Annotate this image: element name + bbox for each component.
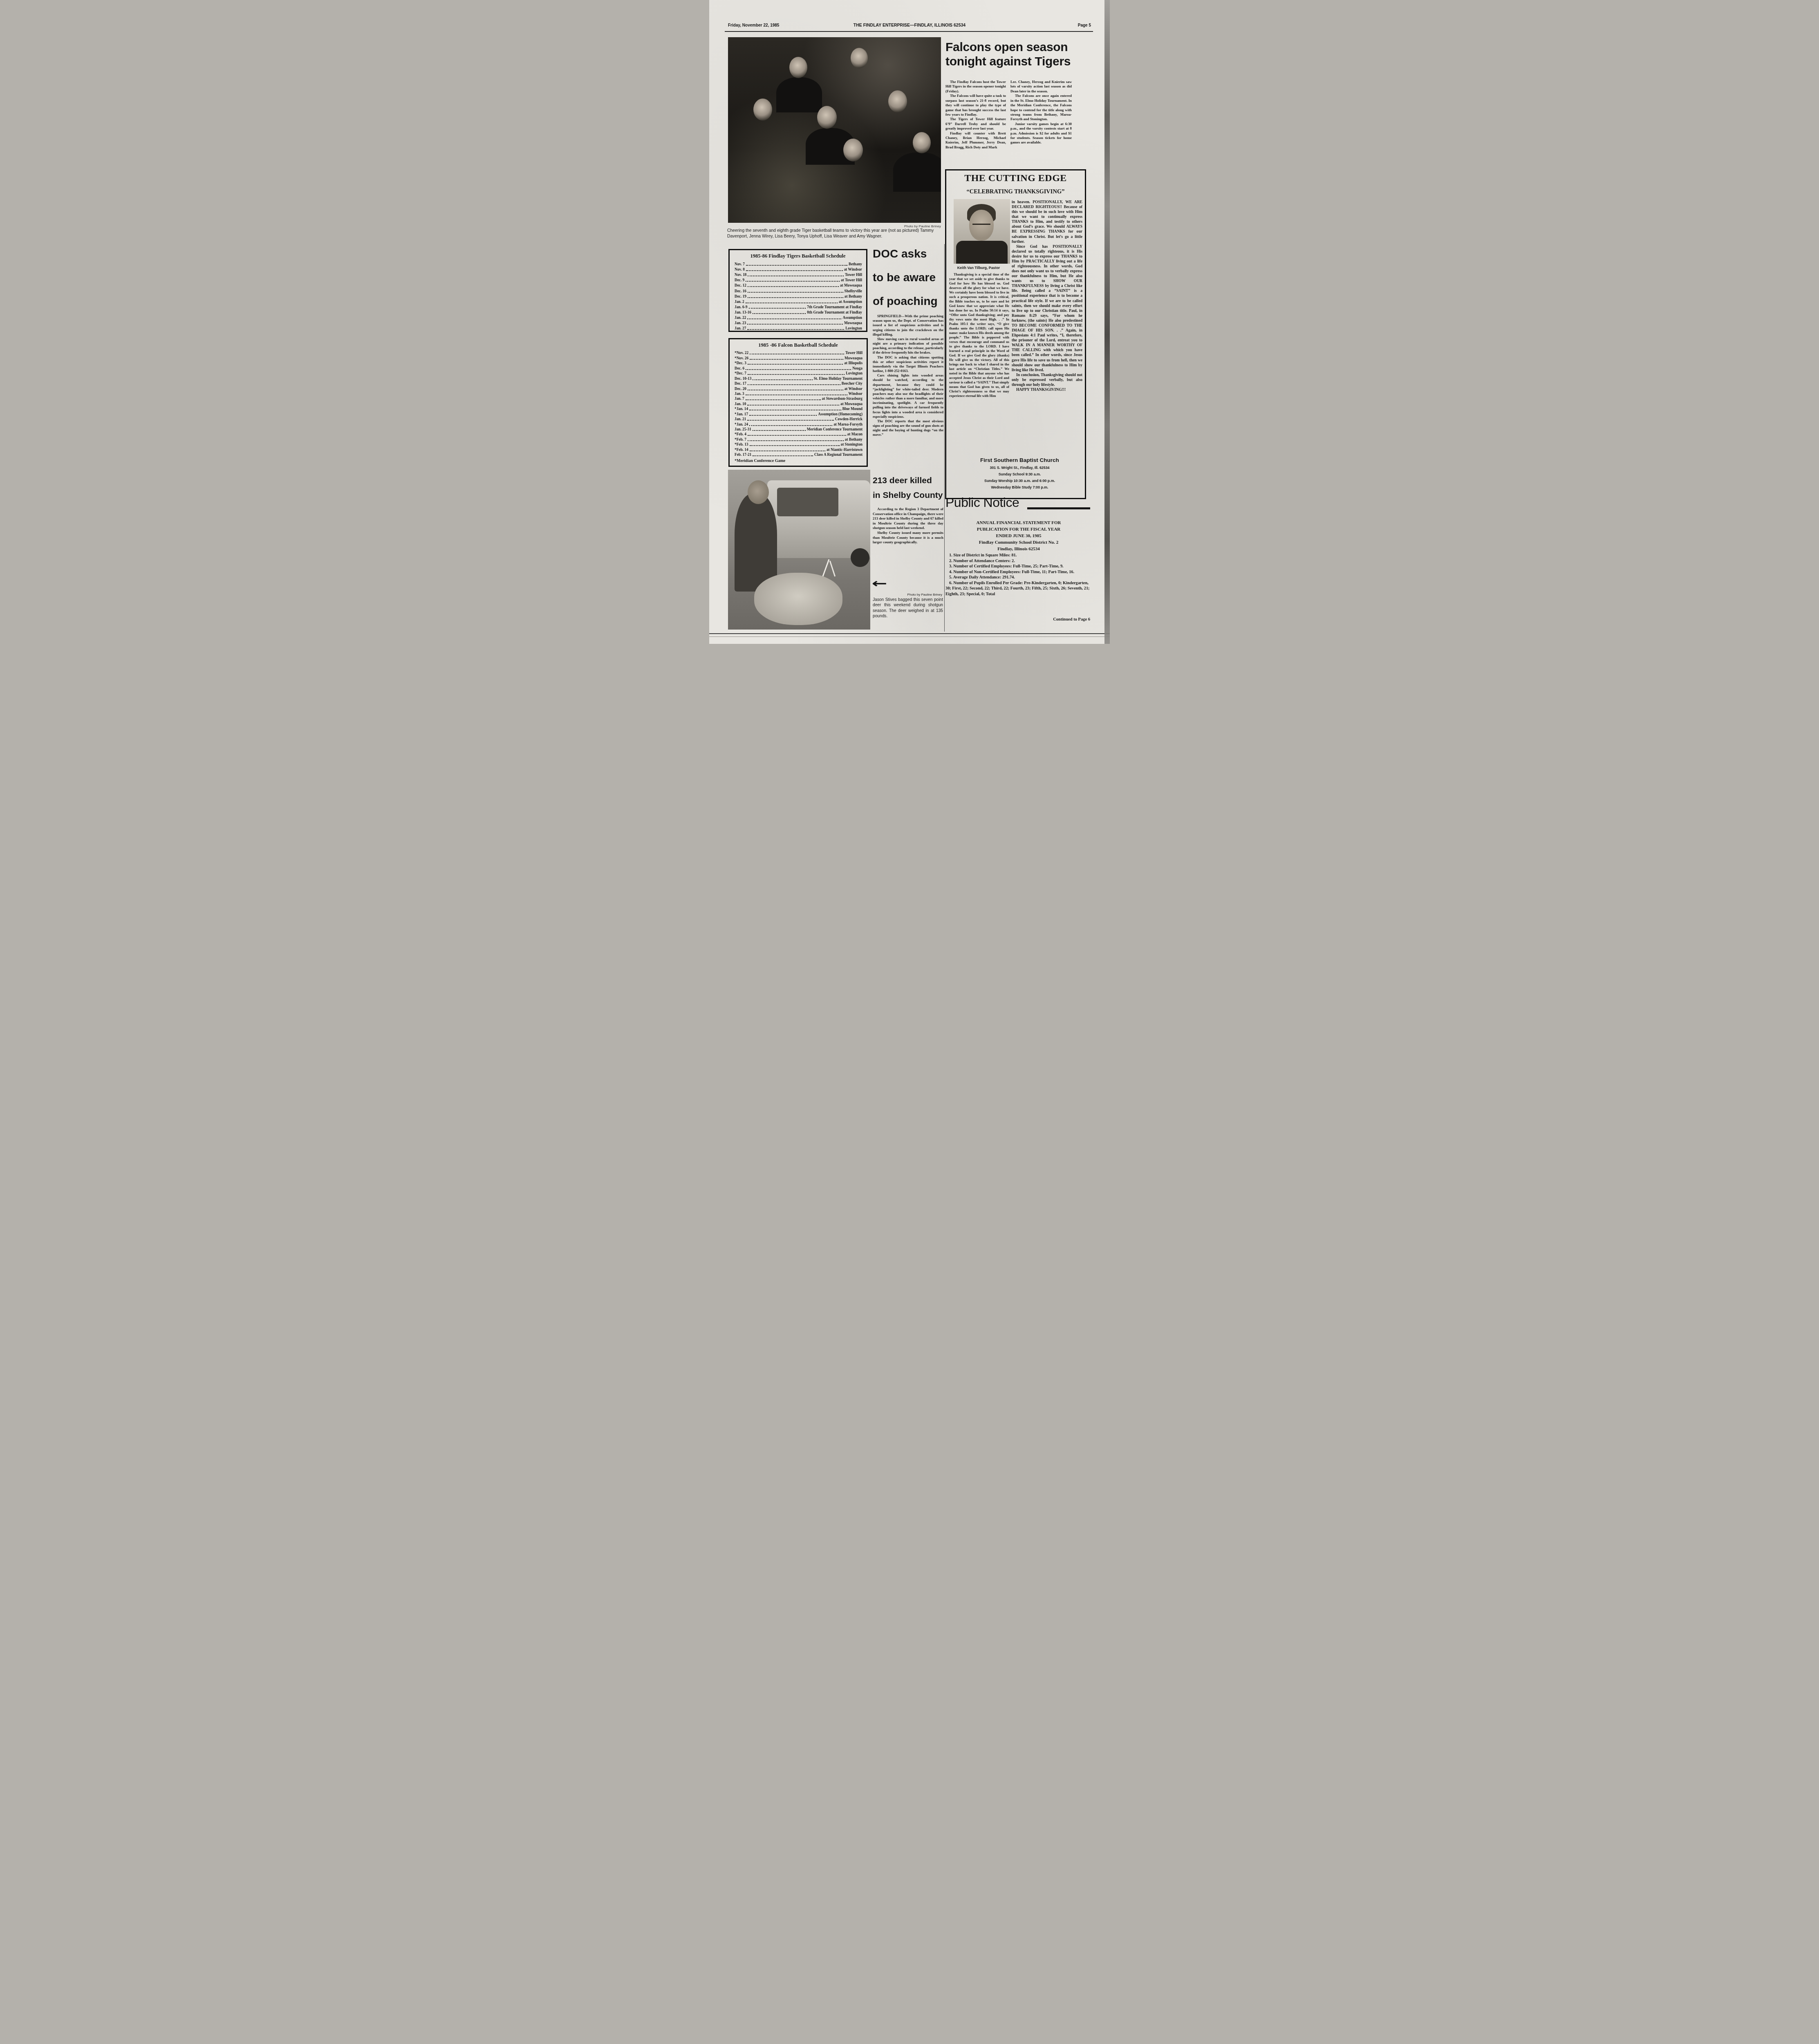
schedule-opponent: Moweaqua	[845, 356, 862, 361]
dot-leader	[746, 399, 821, 400]
header-rule	[725, 31, 1093, 32]
schedule-date: Dec. 16	[735, 289, 746, 294]
paragraph: Lee. Chaney, Herzog and Knierim saw lots…	[1010, 80, 1072, 94]
paragraph: SPRINGFIELD—With the prime poaching seas…	[873, 314, 943, 337]
dot-leader	[747, 324, 843, 325]
schedule-date: Jan. 2	[735, 300, 744, 304]
dot-leader	[749, 308, 806, 309]
schedule-opponent: Tower Hill	[845, 351, 862, 355]
falcon-schedule-title: 1985 -86 Falcon Basketball Schedule	[731, 342, 865, 348]
schedule-date: Jan. 25-31	[735, 428, 751, 432]
schedule-opponent: Shelbyville	[845, 289, 862, 294]
schedule-opponent: Meridian Conference Tournament	[807, 428, 862, 432]
schedule-opponent: St. Elmo Holiday Tournament	[814, 377, 862, 381]
schedule-row: *Nov. 26Moweaqua	[735, 355, 862, 360]
schedule-row: Dec. 6Neoga	[735, 365, 862, 370]
public-notice-heading: ANNUAL FINANCIAL STATEMENT FOR PUBLICATI…	[953, 520, 1084, 553]
deer-antler	[822, 559, 830, 576]
deer-body	[754, 573, 842, 625]
cutting-edge-title: THE CUTTING EDGE	[946, 173, 1085, 184]
dot-leader	[753, 455, 813, 456]
dot-leader	[747, 318, 841, 319]
schedule-opponent: at Bethany	[845, 295, 862, 299]
schedule-footnote: *Meridian Conference Game	[735, 459, 867, 463]
schedule-opponent: at Stonington	[841, 443, 862, 447]
falcons-article-col1: The Findlay Falcons host the Tower Hill …	[945, 80, 1006, 167]
schedule-opponent: at Stewardson-Strasburg	[822, 397, 862, 401]
tigers-schedule-title: 1985-86 Findlay Tigers Basketball Schedu…	[731, 253, 865, 259]
schedule-row: Jan. 27Lovington	[735, 325, 862, 331]
schedule-row: Jan. 3Windsor	[735, 391, 862, 396]
schedule-date: Jan. 3	[735, 392, 744, 396]
dot-leader	[749, 425, 832, 426]
heading-line: Findlay, Illinois 62534	[953, 546, 1084, 553]
schedule-row: Dec. 17Beecher City	[735, 381, 862, 386]
schedule-date: *Feb. 4	[735, 433, 746, 437]
church-info: First Southern Baptist Church 301 S. Wri…	[956, 457, 1083, 489]
schedule-date: *Feb. 7	[735, 438, 746, 442]
dot-leader	[748, 435, 846, 436]
schedule-date: Jan. 6-9	[735, 305, 748, 309]
notice-item: 3. Number of Certified Employees: Full-T…	[945, 564, 1090, 569]
pastor-photo	[954, 199, 1010, 264]
schedule-date: Jan. 27	[735, 327, 746, 331]
schedule-date: Nov. 7	[735, 262, 745, 267]
photo-face	[888, 90, 907, 112]
photo-face	[843, 139, 863, 161]
paragraph: Cars shining lights into wooded areas sh…	[873, 373, 943, 419]
photo-caption: Jason Stives bagged this seven point dee…	[873, 597, 943, 619]
dot-leader	[746, 394, 847, 395]
schedule-opponent: Assumption	[842, 316, 862, 320]
schedule-opponent: Blue Mound	[842, 407, 862, 411]
church-service: Sunday Worship 10:30 a.m. and 6:00 p.m.	[956, 479, 1083, 483]
photo-face	[851, 48, 868, 68]
schedule-date: Dec. 12	[735, 284, 746, 288]
schedule-date: Jan. 23	[735, 321, 746, 325]
schedule-opponent: Windsor	[849, 392, 862, 396]
car-window	[777, 488, 838, 516]
dot-leader	[748, 440, 844, 441]
paragraph: The DOC is asking that citizens spotting…	[873, 355, 943, 374]
falcons-article-col2: Lee. Chaney, Herzog and Knierim saw lots…	[1010, 80, 1072, 167]
dot-leader	[748, 390, 843, 390]
schedule-row: *Feb. 7at Bethany	[735, 437, 862, 442]
church-service: Sunday School 9:30 a.m.	[956, 472, 1083, 476]
cutting-edge-col1: Thanksgiving is a special time of the ye…	[949, 272, 1009, 455]
schedule-row: Dec. 20at Windsor	[735, 386, 862, 391]
notice-item: 2. Number of Attendance Centers: 2.	[945, 558, 1090, 564]
schedule-row: Nov. 18Tower Hill	[735, 272, 862, 277]
paragraph: In conclusion, Thanksgiving should not o…	[1012, 373, 1082, 388]
notice-item: 1. Size of District in Square Miles: 81.	[945, 553, 1090, 558]
dot-leader	[746, 369, 851, 370]
schedule-date: *Jan. 24	[735, 423, 748, 427]
dot-leader	[753, 379, 812, 380]
dot-leader	[746, 265, 847, 266]
deer-antler	[829, 561, 836, 577]
schedule-opponent: at Niantic-Harristown	[827, 448, 862, 452]
schedule-row: Dec. 9at Tower Hill	[735, 277, 862, 282]
schedule-date: *Feb. 14	[735, 448, 748, 452]
headline-line: in Shelby County	[873, 488, 946, 503]
schedule-opponent: at Maroa-Forsyth	[833, 423, 862, 427]
schedule-row: Jan. 23Moweaqua	[735, 320, 862, 325]
schedule-row: *Dec. 3at Illiopolis	[735, 361, 862, 365]
schedule-row: Nov. 8at Windsor	[735, 267, 862, 272]
paragraph: Since God has POSITIONALLY declared us t…	[1012, 244, 1082, 373]
schedule-date: *Nov. 26	[735, 356, 748, 361]
paragraph: Thanksgiving is a special time of the ye…	[949, 272, 1009, 398]
paragraph: The Findlay Falcons host the Tower Hill …	[945, 80, 1006, 94]
bottom-rule	[709, 637, 1110, 637]
photo-face	[913, 132, 931, 153]
dot-leader	[746, 270, 843, 271]
schedule-date: Dec. 17	[735, 382, 746, 386]
paragraph: in heaven. POSITIONALLY, WE ARE DECLARED…	[1012, 200, 1082, 244]
schedule-opponent: 8th Grade Tournament at Findlay	[807, 311, 862, 315]
headline-line: to be aware	[873, 266, 945, 289]
photo-credit: Photo by Pauline Briney	[874, 593, 942, 596]
dot-leader	[748, 276, 843, 276]
continued-notice: Continued to Page 6	[971, 617, 1090, 622]
falcon-schedule-rows: *Nov. 22Tower Hill *Nov. 26Moweaqua *Dec…	[735, 350, 862, 457]
bottom-rule	[709, 633, 1110, 634]
paragraph: The Falcons are once again entered in th…	[1010, 94, 1072, 122]
paragraph: The Tigers of Tower Hill feature 6’9” Da…	[945, 117, 1006, 131]
schedule-row: Jan. 7at Stewardson-Strasburg	[735, 396, 862, 401]
dot-leader	[749, 410, 841, 410]
schedule-date: Dec. 10-13	[735, 377, 751, 381]
schedule-date: Jan. 13-16	[735, 311, 751, 315]
schedule-date: Jan. 7	[735, 397, 744, 401]
schedule-row: Dec. 16Shelbyville	[735, 288, 862, 293]
schedule-date: Feb. 17-21	[735, 453, 751, 457]
scan-edge-artifact	[1104, 0, 1110, 644]
paragraph: The DOC reports that the most obvious si…	[873, 419, 943, 437]
glasses	[972, 224, 990, 229]
dot-leader	[753, 430, 806, 431]
schedule-opponent: Beecher City	[842, 382, 862, 386]
cheerleaders-photo	[728, 37, 941, 223]
photo-face	[817, 106, 837, 129]
dot-leader	[748, 292, 843, 293]
schedule-row: Jan. 25-31Meridian Conference Tournament	[735, 427, 862, 432]
deer-headline: 213 deer killed in Shelby County	[873, 473, 946, 503]
schedule-date: Jan. 10	[735, 402, 746, 406]
schedule-opponent: at Moweaqua	[840, 402, 862, 406]
schedule-date: *Nov. 22	[735, 351, 748, 355]
newspaper-page: Friday, November 22, 1985 THE FINDLAY EN…	[709, 0, 1110, 644]
schedule-opponent: Bethany	[849, 262, 862, 267]
schedule-date: Jan. 22	[735, 316, 746, 320]
schedule-opponent: Tower Hill	[845, 273, 862, 277]
dot-leader	[747, 329, 844, 330]
dot-leader	[750, 445, 840, 446]
photo-caption: Cheering the seventh and eighth grade Ti…	[727, 228, 943, 239]
dot-leader	[750, 450, 825, 451]
photo-figure	[776, 77, 822, 112]
column-rule	[944, 244, 945, 632]
hunter-figure	[735, 493, 777, 592]
schedule-row: Dec. 10-13St. Elmo Holiday Tournament	[735, 376, 862, 381]
cutting-edge-col2: in heaven. POSITIONALLY, WE ARE DECLARED…	[1012, 200, 1082, 456]
dot-leader	[746, 303, 838, 303]
dot-leader	[753, 313, 806, 314]
schedule-date: *Dec. 7	[735, 372, 746, 376]
schedule-row: *Jan. 17Assumption (Homecoming)	[735, 411, 862, 416]
dot-leader	[750, 359, 843, 360]
dot-leader	[748, 384, 840, 385]
schedule-row: Jan. 21Cowden-Herrick	[735, 417, 862, 421]
dot-leader	[748, 374, 845, 375]
schedule-opponent: at Windsor	[845, 387, 862, 391]
paragraph: Findlay will counter with Brett Chaney, …	[945, 131, 1006, 150]
deer-hunter-photo	[728, 470, 870, 630]
schedule-date: Nov. 18	[735, 273, 746, 277]
headline-line: 213 deer killed	[873, 473, 946, 488]
schedule-opponent: Assumption (Homecoming)	[818, 412, 862, 417]
schedule-opponent: at Windsor	[844, 268, 862, 272]
schedule-date: *Feb. 13	[735, 443, 748, 447]
headline-line: DOC asks	[873, 242, 945, 266]
cutting-edge-subtitle: “CELEBRATING THANKSGIVING”	[946, 188, 1085, 195]
schedule-date: Nov. 8	[735, 268, 745, 272]
schedule-opponent: at Illiopolis	[844, 361, 862, 365]
schedule-row: *Feb. 13at Stonington	[735, 442, 862, 447]
headline-line: of poaching	[873, 289, 945, 313]
schedule-row: *Nov. 22Tower Hill	[735, 350, 862, 355]
schedule-row: Dec. 12at Moweaqua	[735, 282, 862, 288]
heading-line: Findlay Community School District No. 2	[953, 540, 1084, 546]
photo-face	[753, 99, 772, 121]
deer-article-body: According to the Region 3 Department of …	[873, 507, 943, 545]
schedule-row: Feb. 17-21Class A Regional Tournament	[735, 452, 862, 457]
photo-figure	[893, 152, 941, 192]
hunter-head	[748, 480, 769, 504]
schedule-opponent: Lovington	[845, 327, 862, 331]
schedule-opponent: Cowden-Herrick	[835, 417, 862, 421]
schedule-row: Jan. 22Assumption	[735, 315, 862, 320]
schedule-opponent: at Tower Hill	[841, 278, 862, 282]
heading-line: PUBLICATION FOR THE FISCAL YEAR	[953, 527, 1084, 533]
schedule-row: Dec. 19at Bethany	[735, 294, 862, 299]
dot-leader	[748, 364, 843, 365]
falcons-headline: Falcons open season tonight against Tige…	[945, 40, 1080, 69]
schedule-row: *Feb. 4at Macon	[735, 432, 862, 437]
doc-headline: DOC asks to be aware of poaching	[873, 242, 945, 313]
dot-leader	[750, 354, 844, 354]
paragraph: Shelby County issued many more permits t…	[873, 531, 943, 545]
schedule-date: *Dec. 3	[735, 361, 746, 365]
schedule-row: Jan. 6-97th Grade Tournament at Findlay	[735, 304, 862, 309]
schedule-opponent: Moweaqua	[844, 321, 862, 325]
schedule-opponent: 7th Grade Tournament at Findlay	[807, 305, 862, 309]
schedule-opponent: at Moweaqua	[840, 284, 862, 288]
schedule-date: Jan. 21	[735, 417, 746, 421]
schedule-date: *Jan. 17	[735, 412, 748, 417]
paragraph: Junior varsity games begin at 6:30 p.m.,…	[1010, 122, 1072, 145]
schedule-date: Dec. 19	[735, 295, 746, 299]
schedule-row: Jan. 2at Assumption	[735, 299, 862, 304]
church-service: Wednesday Bible Study 7:00 p.m.	[956, 485, 1083, 489]
dot-leader	[749, 415, 817, 416]
dot-leader	[747, 405, 839, 406]
schedule-row: *Jan. 14Blue Mound	[735, 406, 862, 411]
schedule-date: Dec. 6	[735, 367, 744, 371]
church-name: First Southern Baptist Church	[956, 457, 1083, 463]
public-notice-items: 1. Size of District in Square Miles: 81.…	[945, 553, 1090, 597]
notice-item: 6. Number of Pupils Enrolled Per Grade: …	[945, 580, 1090, 597]
dot-leader	[748, 286, 839, 287]
paragraph: Slow moving cars in rural wooded areas a…	[873, 337, 943, 355]
heading-line: ANNUAL FINANCIAL STATEMENT FOR	[953, 520, 1084, 527]
schedule-opponent: at Macon	[847, 433, 862, 437]
schedule-opponent: Neoga	[852, 367, 862, 371]
heading-line: ENDED JUNE 30, 1985	[953, 533, 1084, 540]
schedule-date: Dec. 20	[735, 387, 746, 391]
tigers-schedule-rows: Nov. 7Bethany Nov. 8at Windsor Nov. 18To…	[735, 261, 862, 331]
pastor-byline: Keith Van Tilburg, Pastor	[946, 266, 1011, 270]
cutting-edge-box: THE CUTTING EDGE “CELEBRATING THANKSGIVI…	[945, 169, 1086, 499]
header-page-number: Page 5	[1078, 23, 1091, 28]
paragraph: According to the Region 3 Department of …	[873, 507, 943, 531]
public-notice-underline	[1027, 507, 1090, 509]
schedule-row: *Jan. 24at Maroa-Forsyth	[735, 421, 862, 426]
dot-leader	[747, 420, 833, 421]
notice-item: 5. Average Daily Attendance: 291.74.	[945, 575, 1090, 580]
falcon-schedule-box: 1985 -86 Falcon Basketball Schedule *Nov…	[728, 338, 868, 467]
schedule-opponent: at Assumption	[839, 300, 862, 304]
doc-article-body: SPRINGFIELD—With the prime poaching seas…	[873, 314, 943, 464]
schedule-date: *Jan. 14	[735, 407, 748, 411]
paragraph: The Falcons will have quite a task to su…	[945, 94, 1006, 117]
paragraph: HAPPY THANKSGIVING!!!	[1012, 388, 1082, 392]
dot-leader	[746, 281, 840, 282]
schedule-opponent: at Bethany	[845, 438, 862, 442]
car-wheel	[851, 548, 869, 567]
photo-body	[956, 241, 1008, 264]
photo-face	[789, 57, 807, 78]
schedule-row: Jan. 10at Moweaqua	[735, 401, 862, 406]
schedule-row: Nov. 7Bethany	[735, 261, 862, 267]
schedule-opponent: Class A Regional Tournament	[814, 453, 862, 457]
schedule-row: *Feb. 14at Niantic-Harristown	[735, 447, 862, 452]
schedule-row: *Dec. 7Lovington	[735, 371, 862, 376]
church-address: 301 S. Wright St., Findlay, Ill. 62534	[956, 466, 1083, 470]
schedule-row: Jan. 13-168th Grade Tournament at Findla…	[735, 309, 862, 315]
dot-leader	[748, 297, 843, 298]
schedule-opponent: Lovington	[846, 372, 862, 376]
notice-item: 4. Number of Non-Certified Employees: Fu…	[945, 569, 1090, 575]
public-notice-title: Public Notice	[945, 496, 1019, 509]
schedule-date: Dec. 9	[735, 278, 744, 282]
header-masthead: THE FINDLAY ENTERPRISE—FINDLAY, ILLINOIS…	[709, 23, 1110, 28]
left-arrow-icon: ←	[872, 578, 887, 590]
tigers-schedule-box: 1985-86 Findlay Tigers Basketball Schedu…	[728, 249, 867, 332]
photo-credit: Photo by Pauline Briney	[832, 224, 941, 228]
